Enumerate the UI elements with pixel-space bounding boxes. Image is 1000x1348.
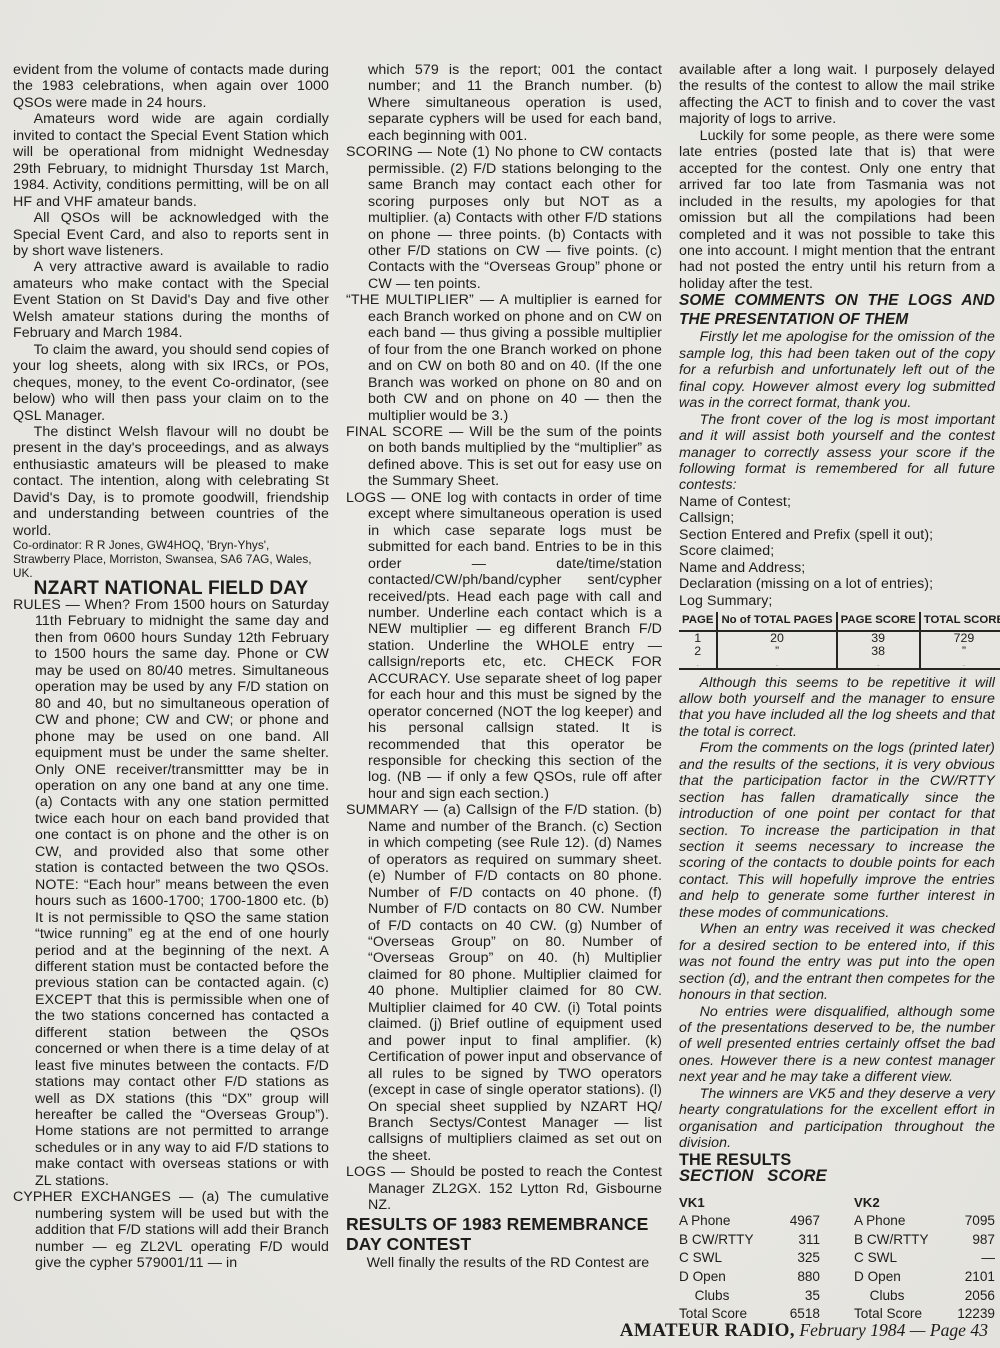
log-table-cell: 729 [920, 631, 1000, 646]
format-line-log-summary: Log Summary; [679, 593, 995, 609]
result-value: 987 [972, 1231, 995, 1250]
result-label: C SWL [679, 1249, 722, 1268]
paragraph-front-cover: The front cover of the log is most impor… [679, 412, 995, 494]
log-table-cell: . [837, 659, 920, 669]
log-table-row: 1 20 39 729 [679, 631, 1000, 646]
result-value: 2056 [965, 1287, 995, 1306]
log-table-cell: ” [920, 645, 1000, 659]
heading-comments-on-logs: SOME COMMENTS ON THE LOGS AND THE PRESEN… [679, 292, 995, 329]
heading-section-score: SECTION SCORE [679, 1168, 995, 1184]
result-label: B CW/RTTY [854, 1231, 929, 1250]
result-row: A Phone 4967 [679, 1212, 820, 1231]
log-table-cell: 38 [837, 645, 920, 659]
format-line-contest: Name of Contest; [679, 494, 995, 510]
heading-rd-results: RESULTS OF 1983 REMEMBRANCE DAY CONTEST [346, 1214, 662, 1255]
magazine-page: evident from the volume of contacts made… [0, 0, 1000, 1348]
column-3: available after a long wait. I purposely… [679, 62, 995, 1324]
format-line-name-address: Name and Address; [679, 560, 995, 576]
paragraph-multiplier: “THE MULTIPLIER” — A multiplier is earne… [346, 292, 662, 424]
log-table-header-total-score: TOTAL SCORE [920, 612, 1000, 630]
paragraph-cypher-continued: which 579 is the report; 001 the contact… [346, 62, 662, 144]
paragraph-logs-post: LOGS — Should be posted to reach the Con… [346, 1164, 662, 1213]
result-row: C SWL 325 [679, 1249, 820, 1268]
paragraph-no-disqualifications: No entries were disqualified, although s… [679, 1004, 995, 1086]
paragraph-rules: RULES — When? From 1500 hours on Saturda… [13, 597, 329, 1189]
log-table-row: . . . . [679, 659, 1000, 669]
log-table-header-page-score: PAGE SCORE [837, 612, 920, 630]
log-table-header-page: PAGE [679, 612, 717, 630]
format-line-score: Score claimed; [679, 543, 995, 559]
result-label: A Phone [679, 1212, 730, 1231]
paragraph-invitation: Amateurs word wide are again cordially i… [13, 111, 329, 210]
log-table-cell: . [920, 659, 1000, 669]
article-columns: evident from the volume of contacts made… [13, 62, 995, 1324]
log-table-row: 2 ” 38 ” [679, 645, 1000, 659]
paragraph-rd-intro: Well finally the results of the RD Conte… [346, 1255, 662, 1271]
result-row: Clubs 2056 [854, 1287, 995, 1306]
log-table-cell: 39 [837, 631, 920, 646]
result-label: D Open [679, 1268, 726, 1287]
paragraph-cypher-exchanges: CYPHER EXCHANGES — (a) The cumulative nu… [13, 1189, 329, 1271]
coordinator-note: Co-ordinator: R R Jones, GW4HOQ, 'Bryn-Y… [13, 539, 329, 580]
result-value: 880 [797, 1268, 820, 1287]
result-value: 311 [798, 1231, 820, 1250]
paragraph-sample-log-apology: Firstly let me apologise for the omissio… [679, 329, 995, 411]
result-value: — [981, 1249, 995, 1268]
paragraph-volume-contacts: evident from the volume of contacts made… [13, 62, 329, 111]
paragraph-repetitive: Although this seems to be repetitive it … [679, 675, 995, 741]
paragraph-award: A very attractive award is available to … [13, 259, 329, 341]
result-label: B CW/RTTY [679, 1231, 754, 1250]
result-row: D Open 2101 [854, 1268, 995, 1287]
log-table-cell: 1 [679, 631, 717, 646]
result-row: B CW/RTTY 987 [854, 1231, 995, 1250]
log-table-cell: . [717, 659, 836, 669]
format-line-declaration: Declaration (missing on a lot of entries… [679, 576, 995, 592]
paragraph-qso-acknowledged: All QSOs will be acknowledged with the S… [13, 210, 329, 259]
result-label: Clubs [854, 1287, 904, 1306]
paragraph-welsh-flavour: The distinct Welsh flavour will no doubt… [13, 424, 329, 539]
paragraph-claim-award: To claim the award, you should send copi… [13, 342, 329, 424]
result-label: D Open [854, 1268, 901, 1287]
paragraph-available-after-wait: available after a long wait. I purposely… [679, 62, 995, 128]
page-footer: AMATEUR RADIO, February 1984 — Page 43 [620, 1320, 988, 1342]
paragraph-final-score: FINAL SCORE — Will be the sum of the poi… [346, 424, 662, 490]
magazine-title: AMATEUR RADIO, [620, 1320, 795, 1341]
result-row: D Open 880 [679, 1268, 820, 1287]
heading-nzart-field-day: NZART NATIONAL FIELD DAY [13, 581, 329, 597]
paragraph-participation-factor: From the comments on the logs (printed l… [679, 740, 995, 921]
log-summary-table: PAGE No of TOTAL PAGES PAGE SCORE TOTAL … [679, 612, 1000, 669]
result-label: A Phone [854, 1212, 905, 1231]
paragraph-late-entries: Luckily for some people, as there were s… [679, 128, 995, 293]
issue-and-page-number: February 1984 — Page 43 [795, 1320, 988, 1340]
result-row: Clubs 35 [679, 1287, 820, 1306]
paragraph-summary: SUMMARY — (a) Callsign of the F/D statio… [346, 802, 662, 1164]
results-vk1: VK1 A Phone 4967 B CW/RTTY 311 C SWL 325 [679, 1194, 820, 1324]
result-row: A Phone 7095 [854, 1212, 995, 1231]
results-vk2-title: VK2 [854, 1194, 995, 1213]
result-label: Clubs [679, 1287, 729, 1306]
paragraph-scoring: SCORING — Note (1) No phone to CW contac… [346, 144, 662, 292]
result-row: B CW/RTTY 311 [679, 1231, 820, 1250]
log-table-header-row: PAGE No of TOTAL PAGES PAGE SCORE TOTAL … [679, 612, 1000, 630]
log-table-cell: 20 [717, 631, 836, 646]
format-line-section: Section Entered and Prefix (spell it out… [679, 527, 995, 543]
paragraph-logs-one: LOGS — ONE log with contacts in order of… [346, 490, 662, 803]
format-line-callsign: Callsign; [679, 510, 995, 526]
results-vk2: VK2 A Phone 7095 B CW/RTTY 987 C SWL — [854, 1194, 995, 1324]
results-tables: VK1 A Phone 4967 B CW/RTTY 311 C SWL 325 [679, 1194, 995, 1324]
results-vk1-title: VK1 [679, 1194, 820, 1213]
result-value: 2101 [965, 1268, 995, 1287]
result-value: 4967 [790, 1212, 820, 1231]
result-value: 7095 [965, 1212, 995, 1231]
result-value: 35 [805, 1287, 820, 1306]
log-format-list: Name of Contest; Callsign; Section Enter… [679, 494, 995, 609]
column-1: evident from the volume of contacts made… [13, 62, 329, 1324]
column-2: which 579 is the report; 001 the contact… [346, 62, 662, 1324]
paragraph-winners-vk5: The winners are VK5 and they deserve a v… [679, 1086, 995, 1152]
result-value: 325 [797, 1249, 820, 1268]
log-table-cell: ” [717, 645, 836, 659]
log-table-cell: . [679, 659, 717, 669]
result-label: C SWL [854, 1249, 897, 1268]
log-table-header-total-pages: No of TOTAL PAGES [717, 612, 836, 630]
result-row: C SWL — [854, 1249, 995, 1268]
paragraph-entry-checked: When an entry was received it was checke… [679, 921, 995, 1003]
log-table-cell: 2 [679, 645, 717, 659]
